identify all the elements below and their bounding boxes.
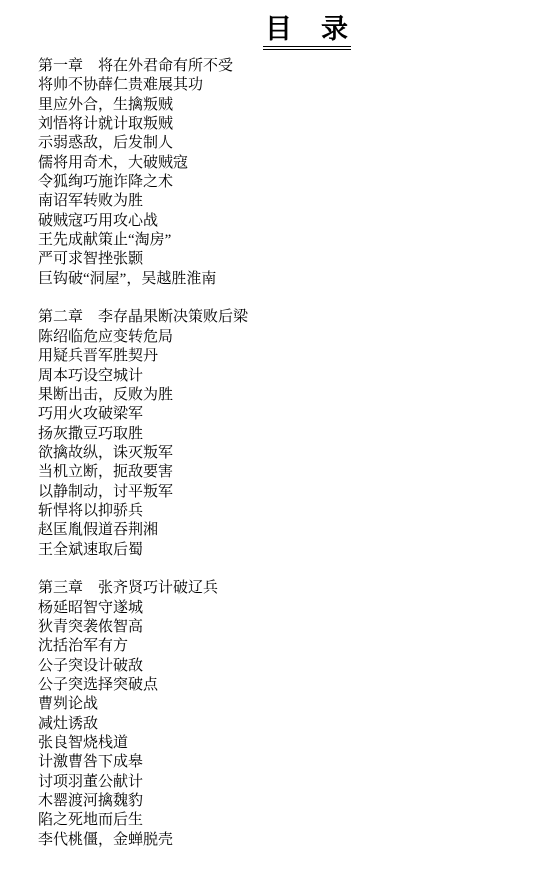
toc-section: 第三章 张齐贤巧计破辽兵杨延昭智守遂城狄青突袭侬智高沈括治军有方公子突设计破敌公…: [38, 579, 521, 850]
toc-entry: 李代桃僵，金蝉脱壳: [38, 831, 521, 850]
toc-entry: 南诏军转败为胜: [38, 192, 521, 211]
toc-entry: 扬灰撒豆巧取胜: [38, 425, 521, 444]
toc-entry: 周本巧设空城计: [38, 367, 521, 386]
toc-entry: 当机立断，扼敌要害: [38, 463, 521, 482]
toc-entry: 张良智烧栈道: [38, 734, 521, 753]
toc-entry: 王先成献策止“淘房”: [38, 231, 521, 250]
toc-entry: 王全斌速取后蜀: [38, 541, 521, 560]
toc-entry: 公子突设计破敌: [38, 657, 521, 676]
document-page: 目 录 第一章 将在外君命有所不受将帅不协薛仁贵难展其功里应外合，生擒叛贼刘悟将…: [0, 0, 541, 877]
toc-entry: 斩悍将以抑骄兵: [38, 502, 521, 521]
toc-entry: 计激曹咎下成皋: [38, 753, 521, 772]
toc-entry: 里应外合，生擒叛贼: [38, 96, 521, 115]
toc-entry: 以静制动，讨平叛军: [38, 483, 521, 502]
toc-section: 第一章 将在外君命有所不受将帅不协薛仁贵难展其功里应外合，生擒叛贼刘悟将计就计取…: [38, 57, 521, 289]
toc-entry: 公子突选择突破点: [38, 676, 521, 695]
toc-entry: 陷之死地而后生: [38, 811, 521, 830]
toc-entry: 讨项羽董公献计: [38, 773, 521, 792]
chapter-heading: 第一章 将在外君命有所不受: [38, 57, 521, 76]
toc-entry: 将帅不协薛仁贵难展其功: [38, 76, 521, 95]
toc-entry: 曹刿论战: [38, 695, 521, 714]
toc-entry: 杨延昭智守遂城: [38, 599, 521, 618]
toc-entry: 沈括治军有方: [38, 637, 521, 656]
toc-entry: 狄青突袭侬智高: [38, 618, 521, 637]
page-title: 目 录: [263, 14, 351, 50]
toc-entry: 果断出击，反败为胜: [38, 386, 521, 405]
table-of-contents: 第一章 将在外君命有所不受将帅不协薛仁贵难展其功里应外合，生擒叛贼刘悟将计就计取…: [38, 57, 521, 850]
toc-entry: 减灶诱敌: [38, 715, 521, 734]
toc-entry: 陈绍临危应变转危局: [38, 328, 521, 347]
toc-entry: 赵匡胤假道吞荆湘: [38, 521, 521, 540]
toc-entry: 欲擒故纵，诛灭叛军: [38, 444, 521, 463]
toc-entry: 用疑兵晋军胜契丹: [38, 347, 521, 366]
toc-entry: 刘悟将计就计取叛贼: [38, 115, 521, 134]
toc-entry: 示弱惑敌，后发制人: [38, 134, 521, 153]
toc-entry: 严可求智挫张颢: [38, 250, 521, 269]
toc-section: 第二章 李存晶果断决策败后梁陈绍临危应变转危局用疑兵晋军胜契丹周本巧设空城计果断…: [38, 308, 521, 559]
chapter-heading: 第三章 张齐贤巧计破辽兵: [38, 579, 521, 598]
toc-entry: 巨钩破“洞屋”，吴越胜淮南: [38, 270, 521, 289]
toc-entry: 巧用火攻破梁军: [38, 405, 521, 424]
toc-entry: 令狐绚巧施诈降之术: [38, 173, 521, 192]
chapter-heading: 第二章 李存晶果断决策败后梁: [38, 308, 521, 327]
toc-entry: 破贼寇巧用攻心战: [38, 212, 521, 231]
toc-entry: 儒将用奇术，大破贼寇: [38, 154, 521, 173]
toc-entry: 木罂渡河擒魏豹: [38, 792, 521, 811]
